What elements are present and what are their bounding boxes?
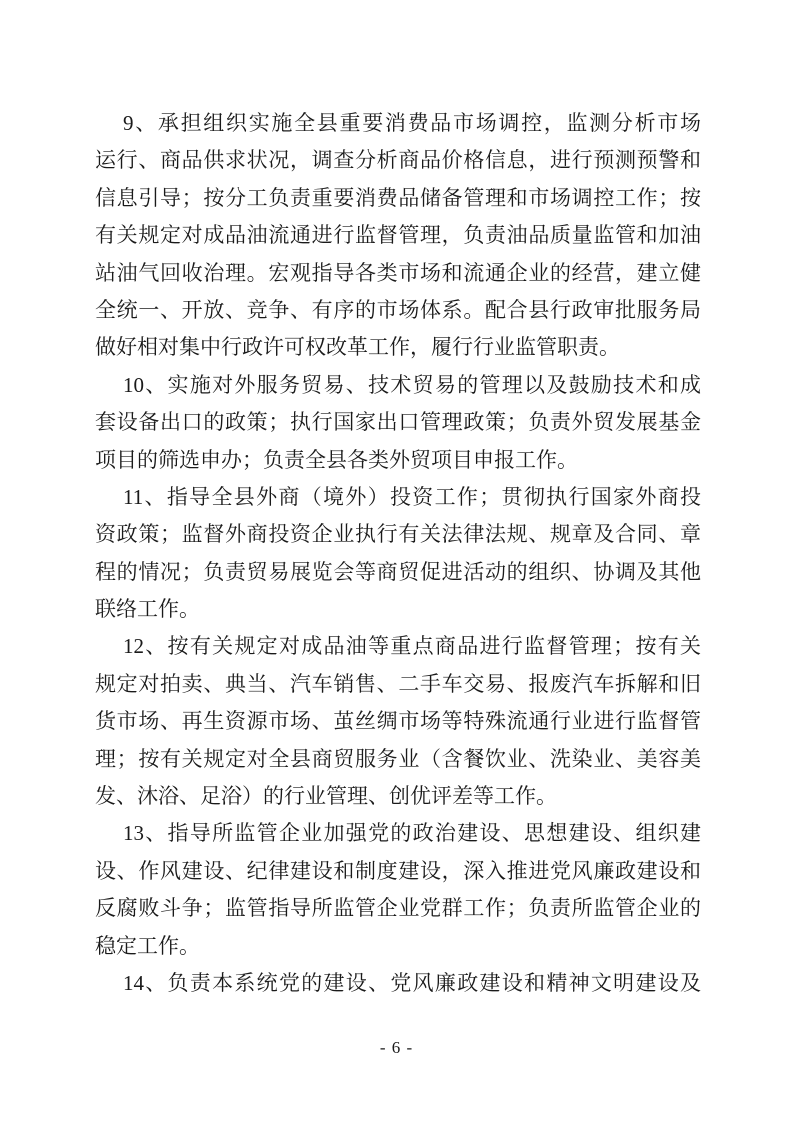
text-line: 做好相对集中行政许可权改革工作，履行行业监管职责。 — [95, 329, 701, 366]
text-line: 稳定工作。 — [95, 928, 701, 965]
paragraph-9: 9、承担组织实施全县重要消费品市场调控，监测分析市场 运行、商品供求状况，调查分… — [95, 105, 701, 367]
text-line: 程的情况；负责贸易展览会等商贸促进活动的组织、协调及其他 — [95, 554, 701, 591]
paragraph-12: 12、按有关规定对成品油等重点商品进行监督管理；按有关 规定对拍卖、典当、汽车销… — [95, 628, 701, 815]
text-line: 站油气回收治理。宏观指导各类市场和流通企业的经营，建立健 — [95, 255, 701, 292]
text-line: 11、指导全县外商（境外）投资工作；贯彻执行国家外商投 — [95, 479, 701, 516]
text-line: 运行、商品供求状况，调查分析商品价格信息，进行预测预警和 — [95, 142, 701, 179]
text-line: 14、负责本系统党的建设、党风廉政建设和精神文明建设及 — [95, 965, 701, 1002]
text-line: 联络工作。 — [95, 591, 701, 628]
paragraph-11: 11、指导全县外商（境外）投资工作；贯彻执行国家外商投 资政策；监督外商投资企业… — [95, 479, 701, 629]
page-number: - 6 - — [0, 1036, 793, 1060]
text-line: 资政策；监督外商投资企业执行有关法律法规、规章及合同、章 — [95, 516, 701, 553]
text-line: 设、作风建设、纪律建设和制度建设，深入推进党风廉政建设和 — [95, 853, 701, 890]
text-line: 全统一、开放、竞争、有序的市场体系。配合县行政审批服务局 — [95, 292, 701, 329]
text-line: 9、承担组织实施全县重要消费品市场调控，监测分析市场 — [95, 105, 701, 142]
document-body: 9、承担组织实施全县重要消费品市场调控，监测分析市场 运行、商品供求状况，调查分… — [95, 105, 701, 1002]
text-line: 10、实施对外服务贸易、技术贸易的管理以及鼓励技术和成 — [95, 367, 701, 404]
text-line: 13、指导所监管企业加强党的政治建设、思想建设、组织建 — [95, 815, 701, 852]
text-line: 信息引导；按分工负责重要消费品储备管理和市场调控工作；按 — [95, 180, 701, 217]
text-line: 规定对拍卖、典当、汽车销售、二手车交易、报废汽车拆解和旧 — [95, 666, 701, 703]
paragraph-10: 10、实施对外服务贸易、技术贸易的管理以及鼓励技术和成 套设备出口的政策；执行国… — [95, 367, 701, 479]
paragraph-14: 14、负责本系统党的建设、党风廉政建设和精神文明建设及 — [95, 965, 701, 1002]
text-line: 有关规定对成品油流通进行监督管理，负责油品质量监管和加油 — [95, 217, 701, 254]
paragraph-13: 13、指导所监管企业加强党的政治建设、思想建设、组织建 设、作风建设、纪律建设和… — [95, 815, 701, 965]
text-line: 货市场、再生资源市场、茧丝绸市场等特殊流通行业进行监督管 — [95, 703, 701, 740]
text-line: 反腐败斗争；监管指导所监管企业党群工作；负责所监管企业的 — [95, 890, 701, 927]
text-line: 项目的筛选申办；负责全县各类外贸项目申报工作。 — [95, 442, 701, 479]
text-line: 12、按有关规定对成品油等重点商品进行监督管理；按有关 — [95, 628, 701, 665]
document-page: 9、承担组织实施全县重要消费品市场调控，监测分析市场 运行、商品供求状况，调查分… — [0, 0, 793, 1122]
text-line: 发、沐浴、足浴）的行业管理、创优评差等工作。 — [95, 778, 701, 815]
text-line: 理；按有关规定对全县商贸服务业（含餐饮业、洗染业、美容美 — [95, 741, 701, 778]
text-line: 套设备出口的政策；执行国家出口管理政策；负责外贸发展基金 — [95, 404, 701, 441]
